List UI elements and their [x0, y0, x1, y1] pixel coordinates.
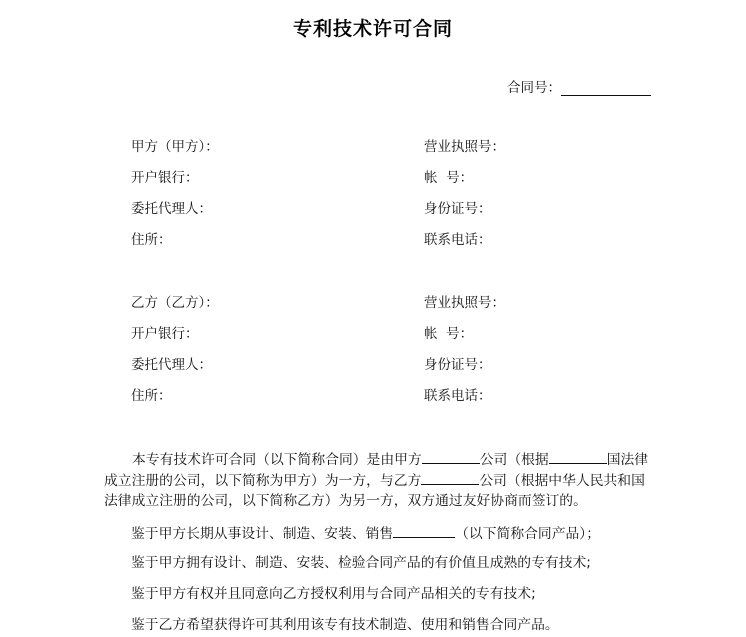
preamble-text: 本专有技术许可合同（以下简称合同）是由甲方: [132, 452, 422, 468]
party-b-account-label: 帐 号：: [424, 326, 473, 342]
party-b-company-blank[interactable]: [421, 470, 479, 485]
party-a-name-label: 甲方（甲方）：: [131, 139, 219, 155]
clause-2: 鉴于甲方拥有设计、制造、安装、检验合同产品的有价值且成熟的专有技术;: [131, 554, 591, 572]
party-b-bank-label: 开户银行：: [131, 326, 199, 342]
contract-number-blank[interactable]: [561, 81, 651, 96]
product-blank[interactable]: [393, 523, 455, 538]
party-a-license-label: 营业执照号：: [424, 139, 505, 155]
clause-1: 鉴于甲方长期从事设计、制造、安装、销售（以下简称合同产品）；: [131, 523, 600, 543]
preamble-line-2: 成立注册的公司，以下简称为甲方）为一方，与乙方公司（根据中华人民共和国: [104, 470, 656, 491]
preamble-text: 公司（根据: [480, 452, 549, 468]
party-b-id-label: 身份证号：: [424, 357, 492, 373]
party-a-company-blank[interactable]: [422, 449, 480, 464]
party-b-license-label: 营业执照号：: [424, 295, 505, 311]
party-b-address-label: 住所：: [131, 388, 172, 404]
party-a-address-label: 住所：: [131, 232, 172, 248]
country-blank[interactable]: [549, 449, 607, 464]
preamble-text: 公司（根据中华人民共和国: [479, 473, 645, 489]
party-b-phone-label: 联系电话：: [424, 388, 492, 404]
clause-text: 鉴于甲方长期从事设计、制造、安装、销售: [131, 526, 393, 542]
party-a-account-label: 帐 号：: [424, 170, 473, 186]
party-a-id-label: 身份证号：: [424, 201, 492, 217]
party-a-phone-label: 联系电话：: [424, 232, 492, 248]
party-b-agent-label: 委托代理人：: [131, 357, 212, 373]
preamble-line-1: 本专有技术许可合同（以下简称合同）是由甲方公司（根据国法律: [104, 449, 656, 470]
preamble-line-3: 法律成立注册的公司，以下简称乙方）为另一方，双方通过友好协商而签订的。: [104, 491, 656, 512]
clause-text: （以下简称合同产品）；: [455, 526, 600, 542]
preamble-paragraph: 本专有技术许可合同（以下简称合同）是由甲方公司（根据国法律 成立注册的公司，以下…: [104, 449, 656, 512]
party-b-name-label: 乙方（乙方）：: [131, 295, 219, 311]
preamble-text: 成立注册的公司，以下简称为甲方）为一方，与乙方: [104, 473, 421, 489]
party-a-agent-label: 委托代理人：: [131, 201, 212, 217]
preamble-text: 国法律: [607, 452, 648, 468]
clause-4: 鉴于乙方希望获得许可其利用该专有技术制造、使用和销售合同产品。: [131, 616, 559, 634]
party-a-bank-label: 开户银行：: [131, 170, 199, 186]
contract-number-label: 合同号：: [507, 76, 561, 96]
document-title: 专利技术许可合同: [0, 14, 746, 41]
clause-3: 鉴于甲方有权并且同意向乙方授权利用与合同产品相关的专有技术;: [131, 585, 536, 603]
contract-number-field: 合同号：: [507, 76, 651, 96]
